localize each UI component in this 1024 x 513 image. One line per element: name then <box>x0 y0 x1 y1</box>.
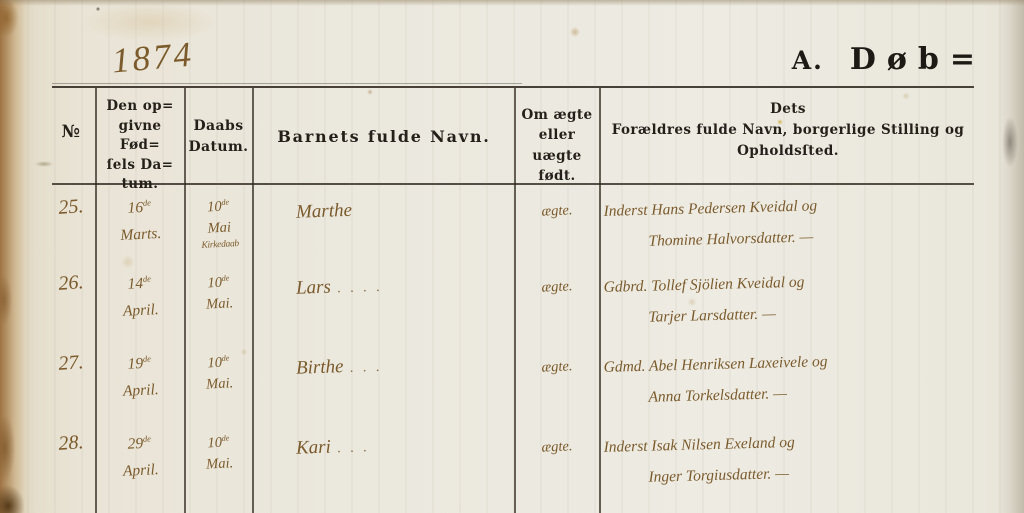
date-ordinal: de <box>143 197 152 207</box>
date-ordinal: de <box>143 273 152 283</box>
header-line: Opholdsſted. <box>602 141 974 162</box>
date-ordinal: de <box>143 433 152 443</box>
date-ordinal: de <box>222 273 230 282</box>
date-month: Marts. <box>97 219 184 250</box>
cell-entry-number: 28. <box>47 430 94 456</box>
cell-birth-date: 16de Marts. <box>96 188 185 251</box>
cell-baptism-date: 10de Mai. <box>185 346 253 396</box>
cell-parents: Inderst Isak Nilsen Exeland og Inger Tor… <box>603 422 978 494</box>
date-ordinal: de <box>143 353 152 363</box>
date-month: Mai. <box>186 452 253 476</box>
header-line: Om ægte <box>516 105 598 125</box>
cell-entry-number: 27. <box>47 350 94 376</box>
date-day: 14 <box>127 275 143 293</box>
header-line: givne Fød= <box>97 117 183 156</box>
filler-dots: . . . <box>343 360 382 376</box>
cell-legitimacy: ægte. <box>516 357 599 378</box>
ink-smudge <box>1002 116 1018 168</box>
section-title: A.Døb= <box>792 42 986 77</box>
page-top-edge <box>0 0 1024 6</box>
table-row: 25. 16de Marts. 10de Mai Kirkedaab Marth… <box>0 190 1024 268</box>
header-line: ſels Da= <box>97 156 183 176</box>
date-day: 19 <box>127 355 143 373</box>
column-header-number: № <box>48 122 94 142</box>
date-month: April. <box>97 375 184 406</box>
date-month: Mai. <box>186 372 253 396</box>
date-day-line: 14de <box>96 264 184 300</box>
register-page: 1874 A.Døb= № Den op= givne Fød= ſels Da… <box>0 0 1024 513</box>
filler-dots: . . . . <box>331 280 383 297</box>
child-name: Marthe <box>296 200 353 223</box>
cell-birth-date: 14de April. <box>96 264 185 327</box>
date-month: April. <box>97 295 184 326</box>
cell-parents: Gdbrd. Tollef Sjölien Kveidal og Tarjer … <box>603 262 978 334</box>
table-row: 28. 29de April. 10de Mai. Kari . . . ægt… <box>0 426 1024 504</box>
cell-entry-number: 26. <box>47 270 94 296</box>
column-header-parents: Dets Forældres fulde Navn, borgerlige St… <box>602 99 974 162</box>
table-row: 27. 19de April. 10de Mai. Birthe . . . æ… <box>0 346 1024 424</box>
date-ordinal: de <box>222 353 230 362</box>
date-day-line: 10de <box>184 190 251 219</box>
date-day: 10 <box>207 199 222 216</box>
header-line: Den op= <box>97 97 183 117</box>
cell-baptism-date: 10de Mai Kirkedaab <box>184 190 253 253</box>
header-line: Forældres fulde Navn, borgerlige Stillin… <box>602 120 974 141</box>
cell-child-name: Lars . . . . <box>296 270 512 299</box>
child-name: Birthe <box>296 356 344 379</box>
column-header-legitimacy: Om ægte eller uægte født. <box>516 105 598 186</box>
date-day: 10 <box>207 275 222 292</box>
cell-child-name: Kari . . . <box>296 430 512 459</box>
cell-baptism-date: 10de Mai. <box>185 266 253 316</box>
table-row: 26. 14de April. 10de Mai. Lars . . . . æ… <box>0 266 1024 344</box>
date-ordinal: de <box>222 433 230 442</box>
child-name: Lars <box>296 277 332 299</box>
header-line: eller uægte <box>516 125 598 166</box>
header-line: Daabs <box>186 116 251 137</box>
cell-legitimacy: ægte. <box>516 277 599 298</box>
date-day-line: 16de <box>96 188 184 224</box>
cell-legitimacy: ægte. <box>516 201 599 222</box>
child-name: Kari <box>296 437 332 459</box>
date-day-line: 19de <box>96 344 184 380</box>
date-day-line: 10de <box>185 346 252 375</box>
header-line: Dets <box>602 99 974 120</box>
date-day: 10 <box>207 435 222 452</box>
header-bottom-rule <box>52 183 974 185</box>
date-month: Mai. <box>186 292 253 316</box>
cell-entry-number: 25. <box>47 194 94 220</box>
cell-child-name: Marthe <box>296 194 512 223</box>
date-day: 10 <box>207 355 222 372</box>
year-handwritten: 1874 <box>110 35 195 82</box>
date-day-line: 10de <box>185 266 252 295</box>
cell-birth-date: 19de April. <box>96 344 185 407</box>
filler-dots: . . . <box>331 440 370 456</box>
date-month: April. <box>97 455 184 486</box>
column-header-child-name: Barnets fulde Navn. <box>254 127 514 146</box>
header-line: født. <box>516 166 598 186</box>
cell-parents: Inderst Hans Pedersen Kveidal og Thomine… <box>603 186 978 258</box>
cell-child-name: Birthe . . . <box>296 350 512 379</box>
date-day: 29 <box>127 435 143 453</box>
section-letter: A. <box>792 46 824 75</box>
date-day-line: 29de <box>96 424 184 460</box>
date-ordinal: de <box>221 197 229 206</box>
header-line: Datum. <box>186 137 251 158</box>
baptism-note: Kirkedaab <box>187 237 254 253</box>
date-day: 16 <box>127 199 143 217</box>
header-top-rule <box>52 86 974 88</box>
cell-legitimacy: ægte. <box>516 437 599 458</box>
header-top-rule-shadow <box>52 83 522 84</box>
column-header-baptism-date: Daabs Datum. <box>186 116 251 158</box>
date-day-line: 10de <box>185 426 252 455</box>
section-word: Døb= <box>850 42 986 77</box>
cell-birth-date: 29de April. <box>96 424 185 487</box>
cell-baptism-date: 10de Mai. <box>185 426 253 476</box>
cell-parents: Gdmd. Abel Henriksen Laxeivele og Anna T… <box>603 342 978 414</box>
column-header-birth-date: Den op= givne Fød= ſels Da= tum. <box>97 97 183 195</box>
